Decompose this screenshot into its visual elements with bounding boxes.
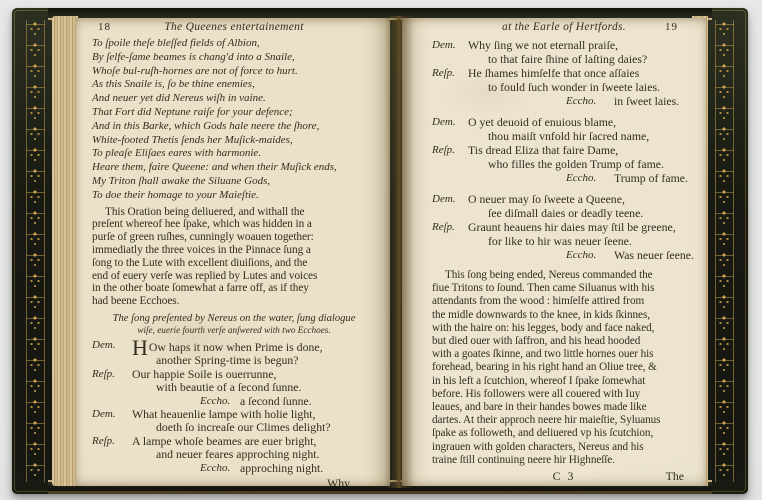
speaker-label: Dem. (432, 38, 456, 52)
dialogue-text: He ſhames himſelfe that once aſſaies (468, 66, 639, 80)
echo-label: Eccho. (200, 462, 230, 475)
echo-text: in ſweet laies. (614, 94, 679, 108)
echo-line: Eccho. a ſecond ſunne. (92, 395, 376, 408)
echo-line: Eccho. Trump of fame. (432, 171, 696, 185)
stanza-gap (432, 185, 696, 192)
echo-text: approching night. (240, 461, 323, 475)
dialogue-text: A lampe whoſe beames are euer bright, (132, 434, 316, 448)
prose-line: with the haire on: his legges, body and … (432, 322, 696, 335)
speaker-label: Reſp. (432, 66, 455, 80)
page-edges-left (52, 16, 78, 486)
siluanus-paragraph: This ſong being ended, Nereus commanded … (432, 269, 696, 467)
dialogue-line: to that faire ſhine of laſting daies? (432, 52, 696, 66)
dialogue-line: thou maiſt vnfold hir ſacred name, (432, 129, 696, 143)
prose-line: ſong to the Lute with excellent diuiſion… (92, 257, 376, 270)
dialogue-line: Dem. O neuer may ſo ſweete a Queene, (432, 192, 696, 206)
gold-tooling-left (26, 20, 45, 482)
verse-line: To ſpoile theſe bleſſed fields of Albion… (92, 37, 376, 51)
speaker-label: Reſp. (432, 143, 455, 157)
echo-text: a ſecond ſunne. (240, 394, 312, 408)
photo-background: 18 The Queenes entertainement To ſpoile … (0, 0, 762, 500)
dialogue-line: to fould ſuch wonder in ſweete laies. (432, 80, 696, 94)
left-page-header: 18 The Queenes entertainement (92, 20, 376, 35)
echo-line: Eccho. approching night. (92, 462, 376, 475)
echo-text: Trump of fame. (614, 171, 688, 185)
dialogue-line: who filles the golden Trump of fame. (432, 157, 696, 171)
left-running-title: The Queenes entertainement (92, 20, 376, 35)
drop-cap: H (132, 343, 148, 353)
prose-line: the midle downwards to the knee, in kids… (432, 309, 696, 322)
right-page: 19 at the Earle of Hertfords. Dem. Why ſ… (402, 18, 706, 486)
echo-label: Eccho. (566, 94, 596, 108)
verse-line: As this Snaile is, ſo be thine enemies, (92, 78, 376, 92)
dialogue-line: Dem. What heauenlie lampe with holie lig… (92, 408, 376, 421)
speaker-label: Dem. (432, 115, 456, 129)
prose-line: attendants from the wood : himſelfe atti… (432, 295, 696, 308)
prose-line: had beene Ecchoes. (92, 295, 376, 308)
prose-line: in his left a ſcutchion, whereof I ſpake… (432, 375, 696, 388)
gold-tooling-right (715, 20, 734, 482)
dialogue-line: Dem. O yet deuoid of enuious blame, (432, 115, 696, 129)
book-gutter (384, 16, 414, 488)
song-dialogue-continued: Dem. Why ſing we not eternall praiſe, to… (432, 38, 696, 262)
dialogue-line: for like to hir was neuer ſeene. (432, 234, 696, 248)
open-book: 18 The Queenes entertainement To ſpoile … (12, 8, 748, 494)
prose-line: purſe of green ruſhes, cunningly woauen … (92, 231, 376, 244)
verse-block: To ſpoile theſe bleſſed fields of Albion… (92, 37, 376, 203)
dialogue-line: Dem. HOw haps it now when Prime is done, (92, 339, 376, 354)
right-running-title: at the Earle of Hertfords. (432, 20, 696, 35)
dialogue-line: and neuer feares approching night. (92, 448, 376, 461)
song-dialogue: Dem. HOw haps it now when Prime is done,… (92, 339, 376, 475)
dialogue-line: Reſp. A lampe whoſe beames are euer brig… (92, 435, 376, 448)
verse-line: To pleaſe Eliſaes eares with harmonie. (92, 147, 376, 161)
speaker-label: Reſp. (432, 220, 455, 234)
echo-label: Eccho. (566, 171, 596, 185)
signature-row: C 3 The (432, 470, 696, 484)
right-catchword: The (666, 470, 684, 483)
verse-line: To doe their homage to your Maieſtie. (92, 189, 376, 203)
prose-line: before. His followers were all couered w… (432, 388, 696, 401)
verse-line: Heare them, faire Queene: and when their… (92, 161, 376, 175)
prose-line: This Oration being deliuered, and withal… (92, 206, 376, 219)
signature-mark: C 3 (553, 470, 576, 483)
dialogue-text: O neuer may ſo ſweete a Queene, (468, 192, 625, 206)
speaker-label: Dem. (92, 408, 116, 421)
left-page: 18 The Queenes entertainement To ſpoile … (76, 18, 390, 486)
left-catchword: Why (92, 477, 376, 486)
prose-line: in the other boate ſomewhat a farre off,… (92, 282, 376, 295)
prose-line: but died ouer with ſaffron, and his head… (432, 335, 696, 348)
prose-line: leaues, and bare in their handes bowes m… (432, 401, 696, 414)
verse-line: Whoſe bul-ruſh-hornes are not of force t… (92, 65, 376, 79)
prose-line: This ſong being ended, Nereus commanded … (432, 269, 696, 282)
echo-label: Eccho. (200, 395, 230, 408)
speaker-label: Reſp. (92, 435, 115, 448)
verse-line: By ſelfe-ſame beames is chang'd into a S… (92, 51, 376, 65)
dialogue-line: Reſp. He ſhames himſelfe that once aſſai… (432, 66, 696, 80)
speaker-label: Reſp. (92, 368, 115, 381)
dialogue-text: What heauenlie lampe with holie light, (132, 407, 315, 421)
dialogue-text: Graunt heauens hir daies may ſtil be gre… (468, 220, 676, 234)
stanza-gap (432, 108, 696, 115)
prose-line: preſent whereof hee ſpake, which was hid… (92, 218, 376, 231)
prose-line: end of euery verſe was replied by Lutes … (92, 270, 376, 283)
echo-label: Eccho. (566, 248, 596, 262)
prose-line: ſpake as followeth, and deliuered vp his… (432, 427, 696, 440)
caption-line: The ſong preſented by Nereus on the wate… (92, 312, 376, 325)
prose-line: with a goates ſkinne, and two little hor… (432, 348, 696, 361)
dialogue-line: another Spring-time is begun? (92, 354, 376, 367)
dialogue-line: with beautie of a ſecond ſunne. (92, 381, 376, 394)
verse-line: And in this Barke, which Gods hale neere… (92, 120, 376, 134)
dialogue-line: Reſp. Tis dread Eliza that faire Dame, (432, 143, 696, 157)
dialogue-text: Why ſing we not eternall praiſe, (468, 38, 618, 52)
prose-line: traine ſtill continuing neere hir Highne… (432, 454, 696, 467)
verse-line: And neuer yet did Nereus wiſh in vaine. (92, 92, 376, 106)
verse-line: My Triton ſhall awake the Siluane Gods, (92, 175, 376, 189)
dialogue-line: Dem. Why ſing we not eternall praiſe, (432, 38, 696, 52)
prose-line: ingrauen with golden characters, Nereus … (432, 441, 696, 454)
prose-line: dartes. At their approch neere hir maieſ… (432, 414, 696, 427)
echo-text: Was neuer ſeene. (614, 248, 694, 262)
dialogue-text: Tis dread Eliza that faire Dame, (468, 143, 618, 157)
speaker-label: Dem. (432, 192, 456, 206)
dialogue-text: O yet deuoid of enuious blame, (468, 115, 616, 129)
dialogue-line: doeth ſo increaſe our Climes delight? (92, 421, 376, 434)
prose-line: immediatly the three voices in the Pinna… (92, 244, 376, 257)
prose-line: forehead, bearing in his right hand an O… (432, 361, 696, 374)
dialogue-line: Reſp. Our happie Soile is ouerrunne, (92, 368, 376, 381)
dialogue-text: Our happie Soile is ouerrunne, (132, 367, 276, 381)
verse-line: White-footed Thetis ſends her Muſick-mai… (92, 134, 376, 148)
echo-line: Eccho. in ſweet laies. (432, 94, 696, 108)
song-caption: The ſong preſented by Nereus on the wate… (92, 312, 376, 336)
prose-line: fiue Tritons to ſound. Then came Siluanu… (432, 282, 696, 295)
oration-paragraph: This Oration being deliuered, and withal… (92, 206, 376, 308)
echo-line: Eccho. Was neuer ſeene. (432, 248, 696, 262)
dialogue-line: Reſp. Graunt heauens hir daies may ſtil … (432, 220, 696, 234)
verse-line: That Fort did Neptune raiſe for your def… (92, 106, 376, 120)
right-page-number: 19 (665, 20, 678, 35)
dialogue-text: Ow haps it now when Prime is done, (149, 340, 323, 354)
speaker-label: Dem. (92, 339, 116, 352)
left-page-number: 18 (98, 20, 111, 35)
dialogue-line: ſee diſmall daies or deadly teene. (432, 206, 696, 220)
right-page-header: 19 at the Earle of Hertfords. (432, 20, 696, 35)
